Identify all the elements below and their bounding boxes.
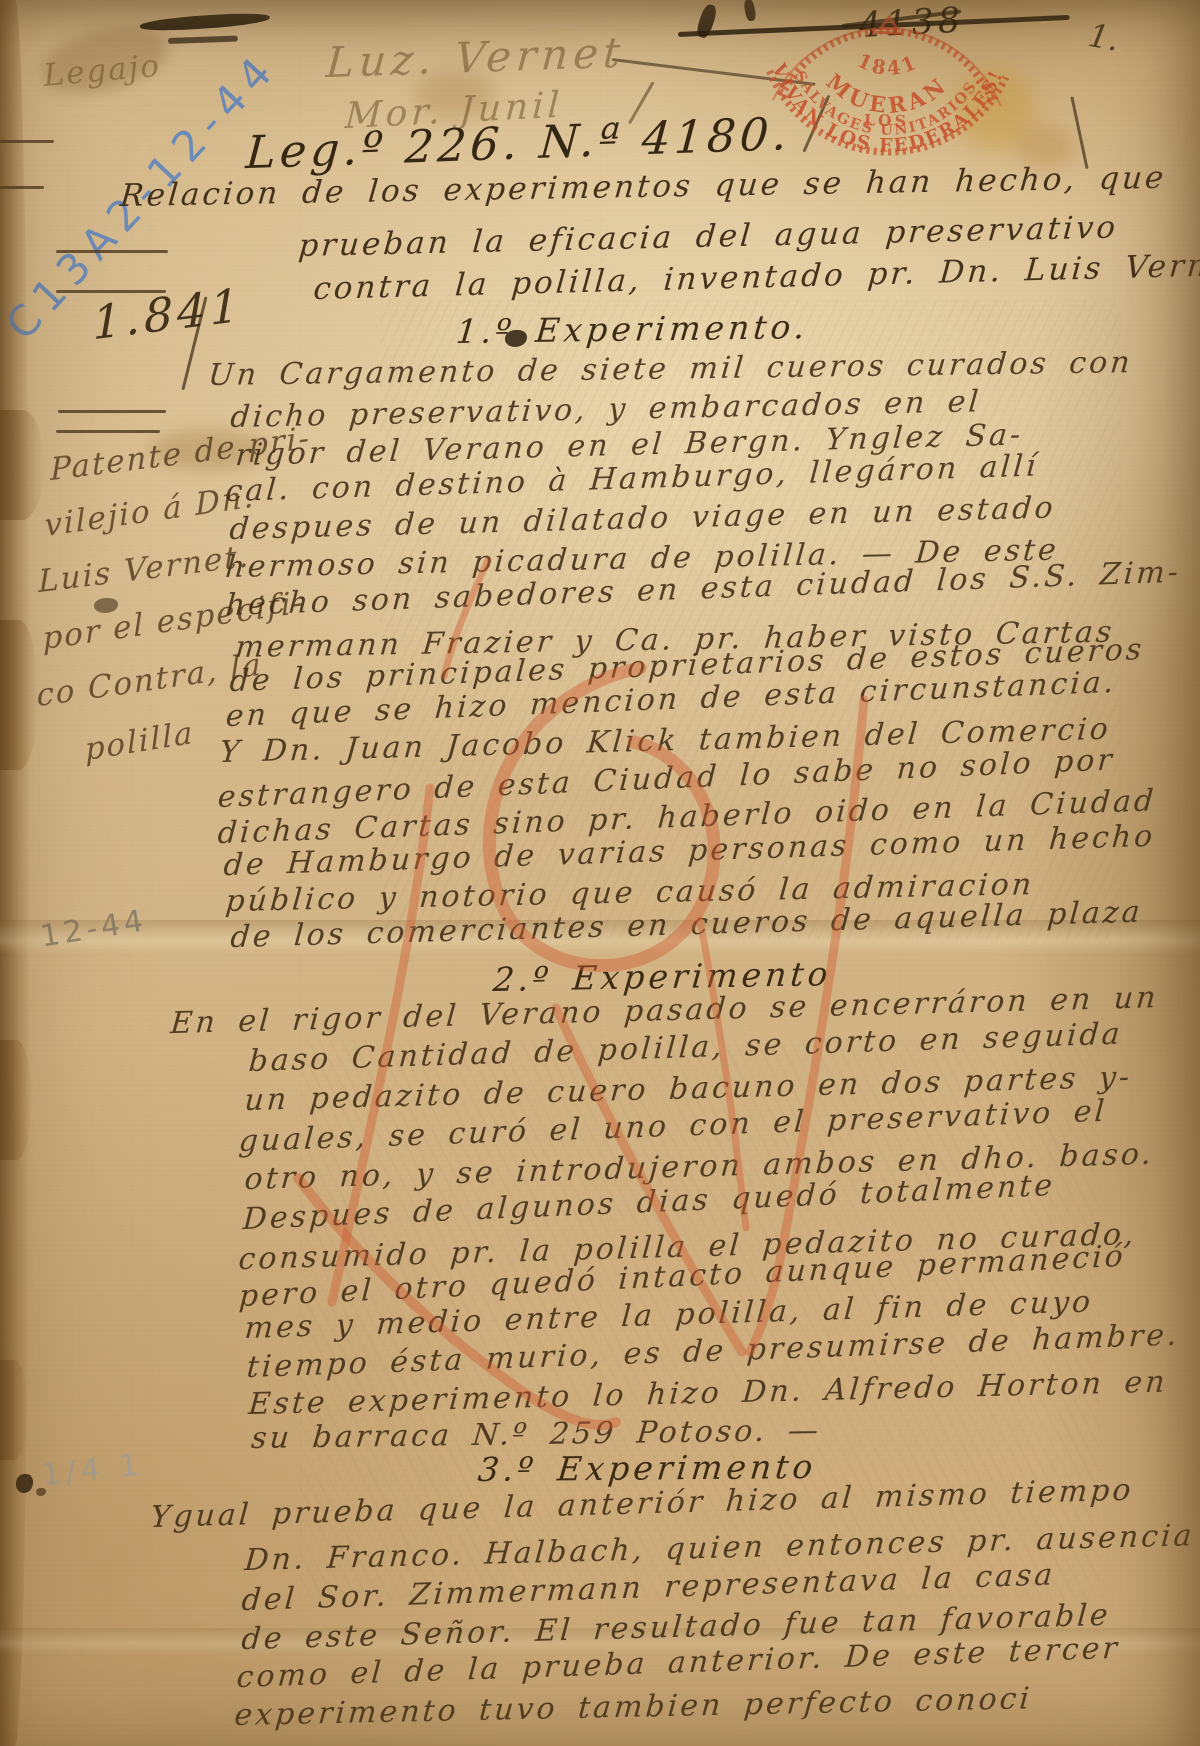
margin-dash xyxy=(56,430,160,433)
binding-fray xyxy=(0,410,44,520)
ink-blot xyxy=(16,1474,33,1493)
pencil-code: 12-44 xyxy=(38,903,149,954)
faint-blue-mark: 1/4 1 xyxy=(40,1447,145,1492)
manuscript-page: 4138 1. 1841 MUERAN LOS SALVAGES UNITARI… xyxy=(0,0,1200,1746)
corner-mark: 1. xyxy=(1085,16,1122,59)
binding-fray xyxy=(0,1360,28,1460)
body-line: Un Cargamento de siete mil cueros curado… xyxy=(207,345,1134,393)
pen-mark xyxy=(1070,96,1088,169)
margin-dash xyxy=(0,186,44,189)
margin-dash xyxy=(58,410,166,413)
margin-year: 1.841 xyxy=(92,278,244,351)
crossed-scribble xyxy=(140,11,271,33)
binding-fray xyxy=(0,1040,32,1160)
heading-experiment-1: 1.º Experimento. xyxy=(454,307,810,351)
margin-note-line: polilla xyxy=(84,715,195,768)
legajo-label: Legajo xyxy=(42,48,162,94)
stamp-year: 1841 xyxy=(853,49,922,81)
header-faded-name: Luz. Vernet xyxy=(325,28,627,88)
margin-note-line: Luis Vernet. xyxy=(38,538,251,600)
crossed-scribble xyxy=(168,36,238,44)
margin-dash xyxy=(56,250,168,253)
margin-note-line: vilejio á Dn. xyxy=(44,478,256,544)
margin-dash xyxy=(0,140,54,143)
binding-fray xyxy=(0,620,38,770)
